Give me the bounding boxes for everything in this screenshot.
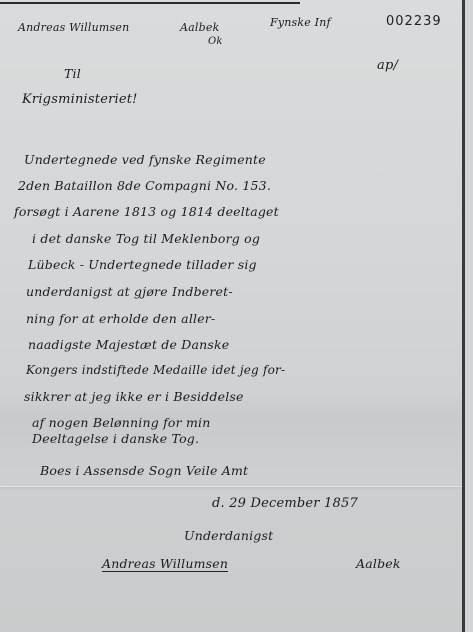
body-line-7: ning for at erholde den aller- — [26, 311, 215, 326]
body-line-9: Kongers indstiftede Medaille idet jeg fo… — [26, 363, 285, 377]
top-edge-line — [0, 2, 300, 4]
body-line-8: naadigste Majestæt de Danske — [28, 337, 229, 352]
body-line-3: forsøgt i Aarene 1813 og 1814 deeltaget — [14, 204, 279, 219]
body-line-1: Undertegnede ved fynske Regimente — [24, 152, 266, 167]
signature-name: Andreas Willumsen — [102, 556, 228, 572]
closing-phrase: Underdanigst — [184, 528, 273, 543]
header-name: Andreas Willumsen — [18, 21, 129, 34]
salutation-til: Til — [64, 66, 81, 81]
body-line-2: 2den Bataillon 8de Compagni No. 153. — [18, 178, 271, 193]
header-place: Aalbek — [180, 21, 219, 34]
body-line-10: sikkrer at jeg ikke er i Besiddelse — [24, 389, 244, 404]
letter-date: d. 29 December 1857 — [212, 496, 358, 511]
header-place-note: Ok — [208, 36, 223, 47]
marginal-note: ap/ — [377, 58, 398, 73]
salutation-addressee: Krigsministeriet! — [22, 92, 138, 107]
archive-number: 002239 — [386, 14, 442, 29]
body-line-11: af nogen Belønning for min — [32, 415, 211, 430]
closing-place-line: Boes i Assensde Sogn Veile Amt — [40, 463, 248, 478]
letter-page: Andreas Willumsen Aalbek Ok Fynske Inf 0… — [0, 0, 465, 632]
body-line-5: Lübeck - Undertegnede tillader sig — [28, 257, 257, 272]
header-unit: Fynske Inf — [270, 16, 331, 29]
page-edge — [465, 0, 473, 632]
body-line-4: i det danske Tog til Meklenborg og — [32, 231, 260, 246]
body-line-12: Deeltagelse i danske Tog. — [32, 431, 199, 446]
body-line-6: underdanigst at gjøre Indberet- — [26, 284, 233, 299]
signature-place: Aalbek — [356, 556, 401, 571]
paper-fold — [0, 486, 465, 487]
